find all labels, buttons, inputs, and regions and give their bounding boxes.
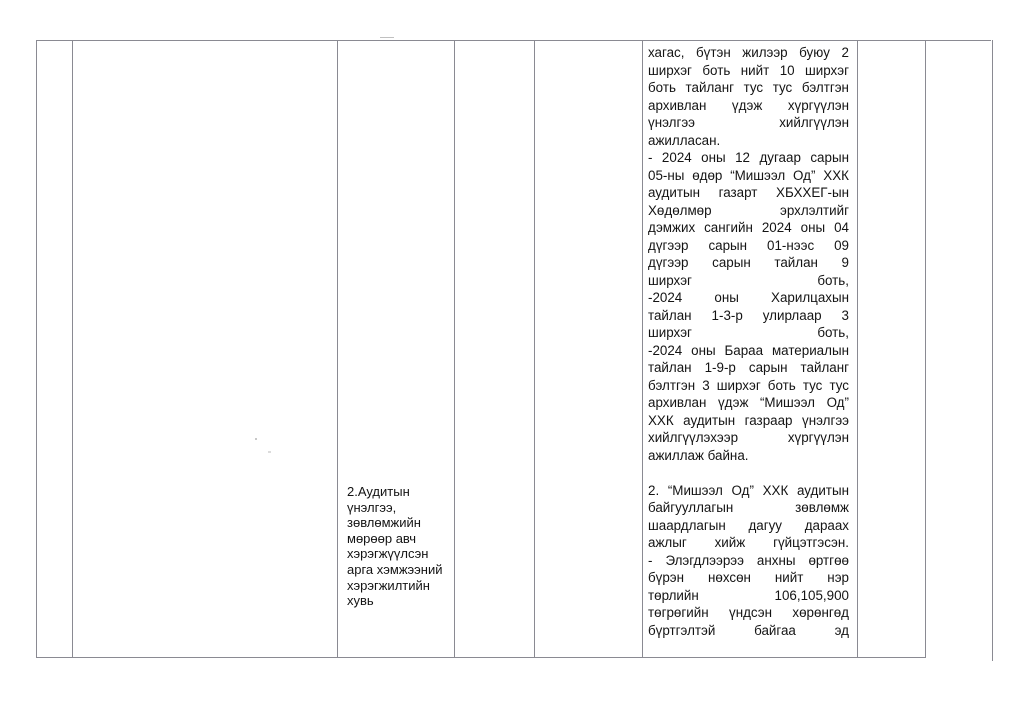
word: бүрэн bbox=[648, 569, 684, 587]
word: байгаа bbox=[754, 622, 796, 640]
criteria-line: 2.Аудитын bbox=[347, 484, 452, 500]
word: нийт bbox=[741, 62, 770, 80]
word: ХХК bbox=[823, 167, 849, 185]
word: 3 bbox=[702, 377, 709, 395]
criteria-line: хэрэгжилтийн bbox=[347, 578, 452, 594]
text-line: -2024оныБарааматериалын bbox=[648, 342, 849, 360]
text-line: Хөдөлмөрэрхлэлтийг bbox=[648, 202, 849, 220]
word: эрхлэлтийг bbox=[780, 202, 849, 220]
text-line: төрлийн106,105,900 bbox=[648, 587, 849, 605]
word: 3 bbox=[842, 307, 849, 325]
description-paragraph-1: хагас,бүтэнжилээрбуюу2ширхэгботьнийт10ши… bbox=[648, 44, 849, 464]
word: гүйцэтгэсэн. bbox=[773, 534, 849, 552]
word: бүртгэлтэй bbox=[648, 622, 715, 640]
word: тус bbox=[744, 79, 764, 97]
word: дүгээр bbox=[648, 237, 689, 255]
word: 2024 bbox=[762, 219, 792, 237]
word: оны bbox=[714, 289, 738, 307]
word: “Мишээл bbox=[760, 394, 815, 412]
word: өртгөө bbox=[808, 552, 849, 570]
text-line: төгрөгийнүндсэнхөрөнгөд bbox=[648, 604, 849, 622]
word: аудитын bbox=[683, 412, 735, 430]
text-line: архивланүдэжхүргүүлэн bbox=[648, 97, 849, 115]
scan-speck bbox=[380, 37, 394, 38]
word: хөрөнгөд bbox=[792, 604, 849, 622]
text-line: ботьтайлангтустусбэлтгэн bbox=[648, 79, 849, 97]
criteria-cell: 2.Аудитын үнэлгээ, зөвлөмжийн мөрөөр авч… bbox=[347, 484, 452, 609]
word: бэлтгэн bbox=[802, 79, 849, 97]
word: үдэж bbox=[732, 97, 762, 115]
text-line: ширхэгботь, bbox=[648, 324, 849, 342]
word: тус bbox=[803, 377, 823, 395]
word: - bbox=[648, 552, 652, 570]
word: өдөр bbox=[692, 167, 722, 185]
word: хагас, bbox=[648, 44, 684, 62]
description-cell: хагас,бүтэнжилээрбуюу2ширхэгботьнийт10ши… bbox=[648, 44, 849, 639]
word: Хөдөлмөр bbox=[648, 202, 712, 220]
column-border-5 bbox=[534, 40, 535, 658]
text-line: ширхэгботь, bbox=[648, 272, 849, 290]
text-line: дэмжихсангийн2024оны04 bbox=[648, 219, 849, 237]
word: төгрөгийн bbox=[648, 604, 709, 622]
word: “Мишээл bbox=[730, 167, 785, 185]
word: нийт bbox=[775, 569, 804, 587]
criteria-line: мөрөөр авч bbox=[347, 531, 452, 547]
word: тус bbox=[829, 377, 849, 395]
criteria-line: зөвлөмжийн bbox=[347, 515, 452, 531]
word: тайланг bbox=[686, 79, 734, 97]
word: ширхэг bbox=[648, 272, 692, 290]
column-border-8 bbox=[925, 40, 926, 658]
word: оны bbox=[691, 342, 715, 360]
word: ХХК bbox=[648, 412, 674, 430]
word: шаардлагын bbox=[648, 517, 726, 535]
text-line: -2024оныХарилцахын bbox=[648, 289, 849, 307]
text-line: 05-ныөдөр“МишээлОд”ХХК bbox=[648, 167, 849, 185]
column-border-3 bbox=[337, 40, 338, 658]
word: хүргүүлэн bbox=[788, 429, 849, 447]
word: 05-ны bbox=[648, 167, 684, 185]
word: ажлыг bbox=[648, 534, 687, 552]
word: үндсэн bbox=[729, 604, 772, 622]
column-border-4 bbox=[454, 40, 455, 658]
word: бэлтгэн bbox=[648, 377, 695, 395]
word: 1-3-р bbox=[712, 307, 743, 325]
scan-speck bbox=[268, 451, 271, 453]
word: буюу bbox=[799, 44, 830, 62]
text-line: хагас,бүтэнжилээрбуюу2 bbox=[648, 44, 849, 62]
text-line: шаардлагындагуудараах bbox=[648, 517, 849, 535]
word: Бараа bbox=[725, 342, 764, 360]
word: архивлан bbox=[648, 97, 706, 115]
text-line: хийлгүүлэхээрхүргүүлэн bbox=[648, 429, 849, 447]
word: - bbox=[648, 149, 652, 167]
word: тайлан bbox=[648, 359, 692, 377]
word: боть, bbox=[817, 324, 849, 342]
word: үдэж bbox=[718, 394, 748, 412]
text-line: дүгээрсарынтайлан9 bbox=[648, 254, 849, 272]
word: “Мишээл bbox=[668, 482, 723, 500]
word: Харилцахын bbox=[771, 289, 849, 307]
word: сарын bbox=[810, 149, 849, 167]
word: сарын bbox=[749, 359, 788, 377]
word: 2 bbox=[842, 44, 849, 62]
text-line: ХХКаудитынгазраарүнэлгээ bbox=[648, 412, 849, 430]
text-line: 2.“МишээлОд”ХХКаудитын bbox=[648, 482, 849, 500]
word: хийж bbox=[715, 534, 746, 552]
word: оны bbox=[701, 149, 725, 167]
word: ширхэг bbox=[648, 324, 692, 342]
word: газарт bbox=[719, 184, 758, 202]
word: нэр bbox=[827, 569, 849, 587]
word: төрлийн bbox=[648, 587, 699, 605]
word: тайланг bbox=[801, 359, 849, 377]
word: архивлан bbox=[648, 394, 706, 412]
word: бүтэн bbox=[696, 44, 731, 62]
criteria-line: хувь bbox=[347, 593, 452, 609]
word: анхны bbox=[757, 552, 796, 570]
word: ширхэг bbox=[648, 62, 692, 80]
word: дагуу bbox=[748, 517, 782, 535]
word: 12 bbox=[735, 149, 750, 167]
word: 09 bbox=[834, 237, 849, 255]
word: дараах bbox=[805, 517, 849, 535]
word: ХБХХЕГ-ын bbox=[776, 184, 849, 202]
word: Од” bbox=[793, 167, 815, 185]
word: хийлгүүлэн bbox=[779, 114, 849, 132]
word: үнэлгээ bbox=[802, 412, 849, 430]
text-line: бэлтгэн3ширхэгботьтустус bbox=[648, 377, 849, 395]
column-border-6 bbox=[642, 40, 643, 658]
word: Элэгдлээрээ bbox=[665, 552, 744, 570]
word: 10 bbox=[780, 62, 795, 80]
word: ХХК bbox=[763, 482, 789, 500]
text-line: үнэлгээхийлгүүлэн bbox=[648, 114, 849, 132]
text-line: бүрэннөхсөннийтнэр bbox=[648, 569, 849, 587]
word: 2024 bbox=[662, 149, 692, 167]
word: 04 bbox=[834, 219, 849, 237]
text-line: аудитынгазартХБХХЕГ-ын bbox=[648, 184, 849, 202]
word: хийлгүүлэхээр bbox=[648, 429, 738, 447]
text-line: ажиллаж байна. bbox=[648, 447, 849, 465]
word: Од” bbox=[827, 394, 849, 412]
word: боть, bbox=[817, 272, 849, 290]
word: зөвлөмж bbox=[795, 499, 849, 517]
word: Од” bbox=[732, 482, 754, 500]
word: байгууллагын bbox=[648, 499, 733, 517]
criteria-line: арга хэмжээний bbox=[347, 562, 452, 578]
word: ширхэг bbox=[717, 377, 761, 395]
text-line: архивланүдэж“МишээлОд” bbox=[648, 394, 849, 412]
word: -2024 bbox=[648, 342, 682, 360]
text-line: ажлыгхийжгүйцэтгэсэн. bbox=[648, 534, 849, 552]
word: материалын bbox=[772, 342, 849, 360]
criteria-line: үнэлгээ, bbox=[347, 500, 452, 516]
word: боть bbox=[768, 377, 796, 395]
word: 01-нээс bbox=[767, 237, 814, 255]
word: жилээр bbox=[742, 44, 787, 62]
text-line: байгууллагынзөвлөмж bbox=[648, 499, 849, 517]
criteria-line: хэрэгжүүлсэн bbox=[347, 546, 452, 562]
word: сангийн bbox=[704, 219, 753, 237]
word: -2024 bbox=[648, 289, 682, 307]
word: тус bbox=[773, 79, 793, 97]
word: дугаар bbox=[759, 149, 800, 167]
word: оны bbox=[801, 219, 825, 237]
text-line: тайлан1-3-рулирлаар3 bbox=[648, 307, 849, 325]
word: ширхэг bbox=[805, 62, 849, 80]
word: улирлаар bbox=[763, 307, 822, 325]
text-line: ширхэгботьнийт10ширхэг bbox=[648, 62, 849, 80]
table-top-border bbox=[36, 40, 991, 41]
word: сарын bbox=[708, 237, 747, 255]
text-line: -2024оны12дугаарсарын bbox=[648, 149, 849, 167]
word: аудитын bbox=[797, 482, 849, 500]
word: сарын bbox=[712, 254, 751, 272]
word: нөхсөн bbox=[708, 569, 751, 587]
word: боть bbox=[702, 62, 730, 80]
column-border-7 bbox=[857, 40, 858, 658]
word: дүгээр bbox=[648, 254, 689, 272]
description-paragraph-2: 2.“МишээлОд”ХХКаудитынбайгууллагынзөвлөм… bbox=[648, 482, 849, 640]
text-line: тайлан1-9-рсарынтайланг bbox=[648, 359, 849, 377]
word: 9 bbox=[842, 254, 849, 272]
word: аудитын bbox=[648, 184, 700, 202]
column-border-9 bbox=[992, 40, 993, 661]
word: дэмжих bbox=[648, 219, 695, 237]
word: 1-9-р bbox=[705, 359, 736, 377]
text-line: бүртгэлтэйбайгааэд bbox=[648, 622, 849, 640]
word: 106,105,900 bbox=[775, 587, 849, 605]
column-border-1 bbox=[36, 40, 37, 658]
word: 2. bbox=[648, 482, 659, 500]
word: газраар bbox=[745, 412, 793, 430]
word: эд bbox=[835, 622, 849, 640]
word: тайлан bbox=[774, 254, 818, 272]
word: тайлан bbox=[648, 307, 692, 325]
word: боть bbox=[648, 79, 676, 97]
text-line: -Элэгдлээрээанхныөртгөө bbox=[648, 552, 849, 570]
word: хүргүүлэн bbox=[788, 97, 849, 115]
text-line: дүгээрсарын01-нээс09 bbox=[648, 237, 849, 255]
table-bottom-border bbox=[36, 657, 926, 658]
column-border-2 bbox=[72, 40, 73, 658]
word: үнэлгээ bbox=[648, 114, 695, 132]
scan-speck bbox=[255, 438, 257, 440]
text-line: ажилласан. bbox=[648, 132, 849, 150]
